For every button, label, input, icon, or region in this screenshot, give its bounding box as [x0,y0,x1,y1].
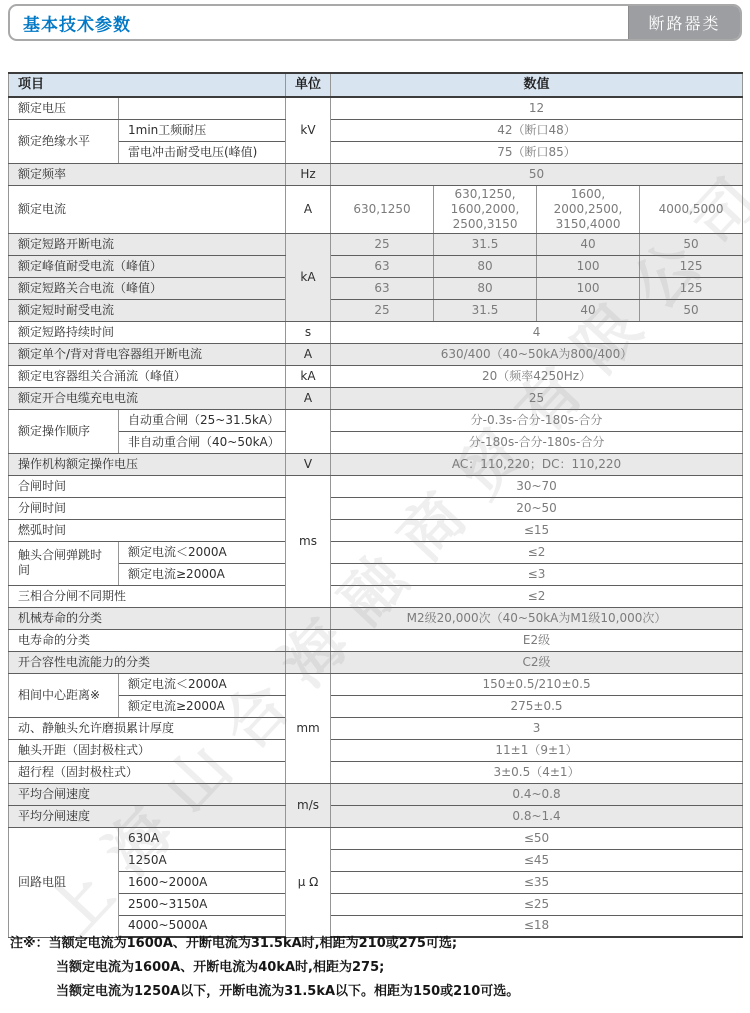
cell-value: C2级 [331,651,743,673]
cell-value: 4 [331,321,743,343]
cell-unit: m/s [286,783,331,827]
cell-value: 12 [331,97,743,119]
cell-value: 100 [537,277,640,299]
table-row: 回路电阻630Aμ Ω≤50 [9,827,743,849]
cell-label: 非自动重合闸（40~50kA） [119,431,286,453]
footnote-line: 当额定电流为1600A、开断电流为40kA时,相距为275; [10,956,740,980]
cell-value: 30~70 [331,475,743,497]
cell-label: 回路电阻 [9,827,119,937]
table-row: 开合容性电流能力的分类C2级 [9,651,743,673]
cell-value: 20（频率4250Hz） [331,365,743,387]
cell-value: 100 [537,255,640,277]
cell-label: 动、静触头允许磨损累计厚度 [9,717,286,739]
cell-unit [286,409,331,453]
cell-value: 630/400（40~50kA为800/400） [331,343,743,365]
cell-value: M2级20,000次（40~50kA为M1级10,000次） [331,607,743,629]
footnote-text: 当额定电流为1600A、开断电流为31.5kA时,相距为210或275可选; [49,936,457,951]
section-header-bar: 基本技术参数 断路器类 [8,4,742,41]
cell-value: E2级 [331,629,743,651]
cell-label: 额定单个/背对背电容器组开断电流 [9,343,286,365]
cell-unit: μ Ω [286,827,331,937]
cell-value: 25 [331,233,434,255]
column-header: 数值 [331,73,743,97]
table-row: 电寿命的分类E2级 [9,629,743,651]
table-row: 1250A≤45 [9,849,743,871]
cell-value: 分-180s-合分-180s-合分 [331,431,743,453]
cell-label: 2500~3150A [119,893,286,915]
cell-label: 额定峰值耐受电流（峰值） [9,255,286,277]
cell-label: 平均分闸速度 [9,805,286,827]
table-row: 额定电容器组关合涌流（峰值）kA20（频率4250Hz） [9,365,743,387]
cell-label: 触头开距（固封极柱式） [9,739,286,761]
table-row: 平均合闸速度m/s0.4~0.8 [9,783,743,805]
cell-value: 分-0.3s-合分-180s-合分 [331,409,743,431]
cell-label: 630A [119,827,286,849]
table-row: 燃弧时间≤15 [9,519,743,541]
cell-label: 操作机构额定操作电压 [9,453,286,475]
cell-label: 额定电容器组关合涌流（峰值） [9,365,286,387]
cell-unit: V [286,453,331,475]
cell-unit: kA [286,365,331,387]
table-row: 合闸时间ms30~70 [9,475,743,497]
cell-unit: A [286,387,331,409]
cell-value: 25 [331,387,743,409]
cell-label: 额定电流≥2000A [119,695,286,717]
table-row: 额定电压kV12 [9,97,743,119]
cell-value: 150±0.5/210±0.5 [331,673,743,695]
table-row: 超行程（固封极柱式）3±0.5（4±1） [9,761,743,783]
cell-unit: ms [286,475,331,607]
cell-value: 50 [640,299,743,321]
table-row: 分闸时间20~50 [9,497,743,519]
cell-value: 40 [537,299,640,321]
cell-unit [286,651,331,673]
cell-unit: A [286,185,331,233]
table-row: 额定单个/背对背电容器组开断电流A630/400（40~50kA为800/400… [9,343,743,365]
cell-label: 分闸时间 [9,497,286,519]
cell-label: 额定电流 [9,185,286,233]
table-row: 额定频率Hz50 [9,163,743,185]
table-row: 2500~3150A≤25 [9,893,743,915]
cell-label: 平均合闸速度 [9,783,286,805]
cell-value: 275±0.5 [331,695,743,717]
table-row: 额定电流≥2000A275±0.5 [9,695,743,717]
cell-label: 1600~2000A [119,871,286,893]
cell-label: 相间中心距离※ [9,673,119,717]
cell-value: 20~50 [331,497,743,519]
cell-label: 1250A [119,849,286,871]
table-row: 机械寿命的分类M2级20,000次（40~50kA为M1级10,000次） [9,607,743,629]
cell-label: 额定操作顺序 [9,409,119,453]
cell-label: 额定频率 [9,163,286,185]
cell-value: 0.4~0.8 [331,783,743,805]
cell-label: 额定电压 [9,97,119,119]
cell-value: 1600, 2000,2500, 3150,4000 [537,185,640,233]
cell-label: 超行程（固封极柱式） [9,761,286,783]
cell-label: 电寿命的分类 [9,629,286,651]
cell-value: ≤2 [331,585,743,607]
cell-value: 40 [537,233,640,255]
cell-value: 75（断口85） [331,141,743,163]
cell-value: 63 [331,277,434,299]
cell-unit: A [286,343,331,365]
cell-value: 42（断口48） [331,119,743,141]
table-row: 相间中心距离※额定电流＜2000Amm150±0.5/210±0.5 [9,673,743,695]
cell-label: 额定短路关合电流（峰值） [9,277,286,299]
cell-value: 31.5 [434,299,537,321]
cell-value: 125 [640,255,743,277]
table-row: 触头合闸弹跳时间额定电流＜2000A≤2 [9,541,743,563]
cell-value: 0.8~1.4 [331,805,743,827]
cell-label: 1min工频耐压 [119,119,286,141]
cell-value: 50 [331,163,743,185]
cell-unit: kV [286,97,331,163]
table-row: 额定短路关合电流（峰值）6380100125 [9,277,743,299]
cell-label: 额定绝缘水平 [9,119,119,163]
cell-label [119,97,286,119]
cell-value: 63 [331,255,434,277]
cell-label: 开合容性电流能力的分类 [9,651,286,673]
cell-label: 三相合分闸不同期性 [9,585,286,607]
cell-unit: kA [286,233,331,321]
cell-label: 自动重合闸（25~31.5kA） [119,409,286,431]
cell-unit: s [286,321,331,343]
cell-unit: mm [286,673,331,783]
cell-value: 31.5 [434,233,537,255]
cell-value: 630,1250, 1600,2000, 2500,3150 [434,185,537,233]
footnote-prefix: 注※： [10,936,49,951]
table-row: 额定短路持续时间s4 [9,321,743,343]
cell-value: 4000,5000 [640,185,743,233]
cell-value: ≤45 [331,849,743,871]
cell-value: 3±0.5（4±1） [331,761,743,783]
table-row: 三相合分闸不同期性≤2 [9,585,743,607]
cell-label: 触头合闸弹跳时间 [9,541,119,585]
cell-label: 机械寿命的分类 [9,607,286,629]
table-row: 平均分闸速度0.8~1.4 [9,805,743,827]
cell-value: ≤3 [331,563,743,585]
table-row: 额定电流≥2000A≤3 [9,563,743,585]
category-badge: 断路器类 [628,6,740,39]
cell-value: 630,1250 [331,185,434,233]
table-row: 额定短路开断电流kA2531.54050 [9,233,743,255]
cell-value: ≤15 [331,519,743,541]
cell-label: 合闸时间 [9,475,286,497]
spec-table-wrap: 项目单位数值 额定电压kV12额定绝缘水平1min工频耐压42（断口48）雷电冲… [8,72,742,938]
cell-label: 燃弧时间 [9,519,286,541]
footnote-line: 当额定电流为1250A以下，开断电流为31.5kA以下。相距为150或210可选… [10,980,740,1004]
table-row: 额定绝缘水平1min工频耐压42（断口48） [9,119,743,141]
cell-label: 雷电冲击耐受电压(峰值) [119,141,286,163]
footnotes: 注※：当额定电流为1600A、开断电流为31.5kA时,相距为210或275可选… [10,932,740,1004]
spec-table: 项目单位数值 额定电压kV12额定绝缘水平1min工频耐压42（断口48）雷电冲… [8,72,743,938]
table-header-row: 项目单位数值 [9,73,743,97]
cell-value: 50 [640,233,743,255]
table-row: 动、静触头允许磨损累计厚度3 [9,717,743,739]
cell-label: 额定短路持续时间 [9,321,286,343]
spec-sheet-page: 基本技术参数 断路器类 项目单位数值 额定电压kV12额定绝缘水平1min工频耐… [0,0,750,1013]
table-row: 额定开合电缆充电电流A25 [9,387,743,409]
column-header: 项目 [9,73,286,97]
table-row: 额定短时耐受电流2531.54050 [9,299,743,321]
cell-unit [286,607,331,629]
table-row: 非自动重合闸（40~50kA）分-180s-合分-180s-合分 [9,431,743,453]
cell-label: 额定电流＜2000A [119,673,286,695]
table-row: 操作机构额定操作电压VAC：110,220；DC：110,220 [9,453,743,475]
cell-label: 额定短路开断电流 [9,233,286,255]
cell-label: 额定电流≥2000A [119,563,286,585]
cell-value: 25 [331,299,434,321]
cell-value: ≤50 [331,827,743,849]
table-row: 额定操作顺序自动重合闸（25~31.5kA）分-0.3s-合分-180s-合分 [9,409,743,431]
cell-value: 3 [331,717,743,739]
table-row: 额定峰值耐受电流（峰值）6380100125 [9,255,743,277]
page-title: 基本技术参数 [23,10,131,35]
cell-value: ≤25 [331,893,743,915]
cell-value: 11±1（9±1） [331,739,743,761]
cell-value: ≤2 [331,541,743,563]
cell-label: 额定短时耐受电流 [9,299,286,321]
column-header: 单位 [286,73,331,97]
table-row: 1600~2000A≤35 [9,871,743,893]
table-row: 雷电冲击耐受电压(峰值)75（断口85） [9,141,743,163]
cell-value: ≤35 [331,871,743,893]
cell-unit: Hz [286,163,331,185]
cell-label: 额定开合电缆充电电流 [9,387,286,409]
table-row: 触头开距（固封极柱式）11±1（9±1） [9,739,743,761]
cell-value: 125 [640,277,743,299]
cell-label: 额定电流＜2000A [119,541,286,563]
cell-unit [286,629,331,651]
cell-value: AC：110,220；DC：110,220 [331,453,743,475]
cell-value: 80 [434,277,537,299]
table-row: 额定电流A630,1250630,1250, 1600,2000, 2500,3… [9,185,743,233]
footnote-line: 注※：当额定电流为1600A、开断电流为31.5kA时,相距为210或275可选… [10,932,740,956]
cell-value: 80 [434,255,537,277]
